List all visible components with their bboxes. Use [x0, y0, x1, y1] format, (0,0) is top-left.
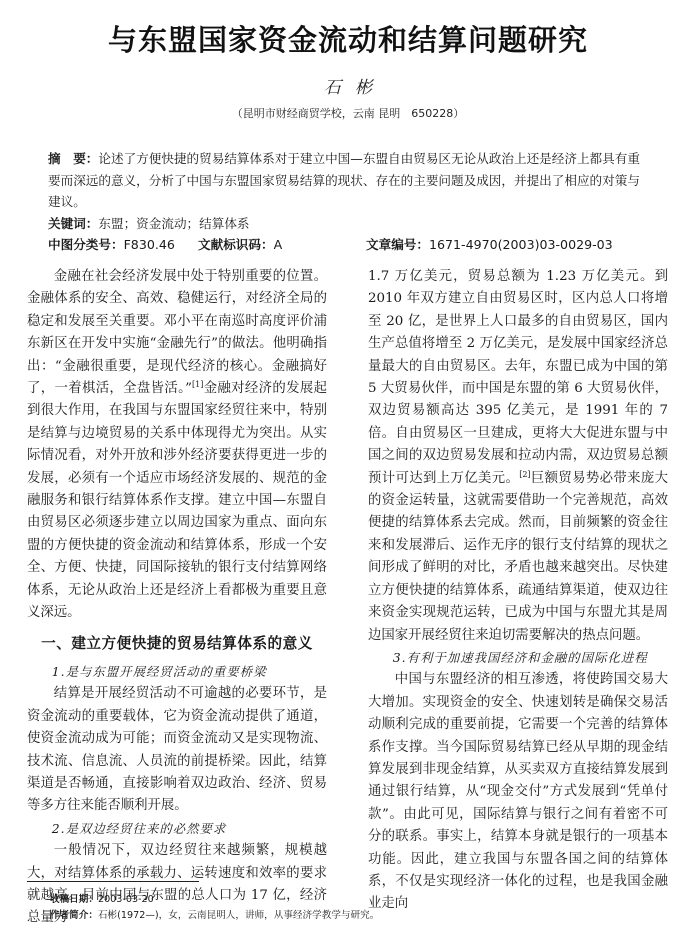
subsection-1-heading: 1.是与东盟开展经贸活动的重要桥梁 [27, 661, 327, 683]
received-label: 收稿日期： [50, 894, 98, 905]
document-code: 文献标识码：A [198, 234, 366, 256]
subsection-2-text-right-a: 1.7 万亿美元，贸易总额为 1.23 万亿美元。到 2010 年双方建立自由贸… [368, 269, 668, 486]
intro-text-a: 金融在社会经济发展中处于特别重要的位置。金融体系的安全、高效、稳健运行，对经济全… [27, 269, 327, 396]
keywords-text: 东盟；资金流动；结算体系 [98, 216, 249, 231]
footnote-divider [27, 881, 199, 882]
abstract-text: 论述了方便快捷的贸易结算体系对于建立中国—东盟自由贸易区无论从政治上还是经济上都… [48, 151, 640, 209]
bio-value: 石彬(1972—)，女，云南昆明人，讲师，从事经济学教学与研究。 [98, 910, 379, 921]
article-id-label: 文章编号： [366, 237, 429, 252]
section-1-heading: 一、建立方便快捷的贸易结算体系的意义 [27, 633, 327, 655]
bio-label: 作者简介： [50, 910, 98, 921]
paper-title: 与东盟国家资金流动和结算问题研究 [0, 18, 696, 59]
clc-label: 中图分类号： [48, 237, 124, 252]
intro-text-b: 金融对经济的发展起到很大作用，在我国与东盟国家经贸往来中，特别是结算与边境贸易的… [27, 381, 327, 620]
article-number: 文章编号：1671-4970(2003)03-0029-03 [366, 234, 613, 256]
subsection-2-text-right-b: 巨额贸易势必带来庞大的资金运转量，这就需要借助一个完善规范，高效便捷的结算体系去… [368, 471, 668, 643]
subsection-2-heading: 2.是双边经贸往来的必然要求 [27, 818, 327, 840]
abstract-label: 摘 要： [48, 151, 98, 166]
footnotes: 收稿日期：2003-03-20 作者简介：石彬(1972—)，女，云南昆明人，讲… [50, 892, 670, 924]
right-column: 1.7 万亿美元，贸易总额为 1.23 万亿美元。到 2010 年双方建立自由贸… [368, 266, 668, 916]
subsection-2-text-right: 1.7 万亿美元，贸易总额为 1.23 万亿美元。到 2010 年双方建立自由贸… [368, 266, 668, 647]
author-affiliation: （昆明市财经商贸学校，云南 昆明 650228） [0, 105, 696, 121]
keywords-label: 关键词： [48, 216, 98, 231]
abstract-block: 摘 要：论述了方便快捷的贸易结算体系对于建立中国—东盟自由贸易区无论从政治上还是… [48, 148, 648, 256]
article-id-value: 1671-4970(2003)03-0029-03 [429, 237, 613, 252]
classification-row: 中图分类号：F830.46 文献标识码：A 文章编号：1671-4970(200… [48, 234, 648, 256]
left-column: 金融在社会经济发展中处于特别重要的位置。金融体系的安全、高效、稳健运行，对经济全… [27, 266, 327, 930]
received-date: 收稿日期：2003-03-20 [50, 892, 670, 908]
citation-1: [1] [192, 380, 203, 389]
author-name: 石彬 [0, 73, 696, 98]
keywords: 关键词：东盟；资金流动；结算体系 [48, 213, 648, 235]
doc-code-label: 文献标识码： [198, 237, 274, 252]
subsection-3-heading: 3.有利于加速我国经济和金融的国际化进程 [368, 647, 668, 669]
abstract: 摘 要：论述了方便快捷的贸易结算体系对于建立中国—东盟自由贸易区无论从政治上还是… [48, 148, 648, 213]
received-value: 2003-03-20 [98, 894, 154, 905]
author-bio: 作者简介：石彬(1972—)，女，云南昆明人，讲师，从事经济学教学与研究。 [50, 908, 670, 924]
clc-value: F830.46 [124, 237, 175, 252]
citation-2: [2] [519, 470, 530, 479]
subsection-1-text: 结算是开展经贸活动不可逾越的必要环节，是资金流动的重要载体，它为资金流动提供了通… [27, 683, 327, 817]
intro-paragraph: 金融在社会经济发展中处于特别重要的位置。金融体系的安全、高效、稳健运行，对经济全… [27, 266, 327, 625]
doc-code-value: A [274, 237, 283, 252]
clc-number: 中图分类号：F830.46 [48, 234, 198, 256]
subsection-3-text: 中国与东盟经济的相互渗透，将使跨国交易大大增加。实现资金的安全、快速划转是确保交… [368, 669, 668, 915]
